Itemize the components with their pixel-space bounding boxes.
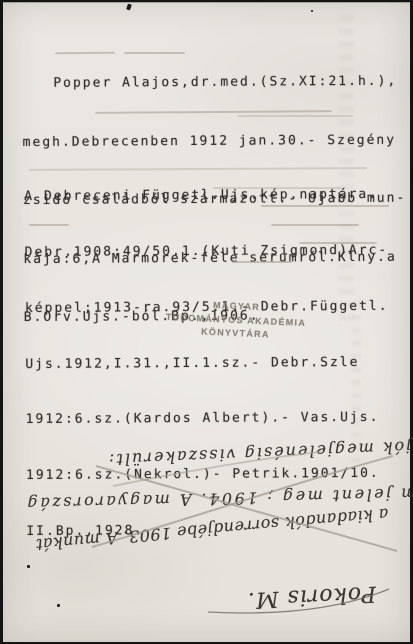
photo-background: Popper Alajos,dr.med.(Sz.XI:21.h.), megh…	[0, 0, 413, 644]
handwritten-signature-inverted: Pokoris M.	[246, 581, 376, 613]
pencil-underline	[232, 261, 292, 263]
bleed-through-marks	[339, 16, 354, 326]
library-stamp: MAGYAR TUDOMÁNYOS AKADÉMIA KÖNYVTÁRA	[135, 296, 337, 345]
pencil-underline	[261, 205, 389, 207]
catalog-card: Popper Alajos,dr.med.(Sz.XI:21.h.), megh…	[3, 2, 410, 642]
pencil-underline	[213, 187, 341, 189]
typed-line: 1912:6.sz.(Kardos Albert).- Vas.Ujs.	[26, 409, 390, 430]
dust-speck	[311, 10, 313, 12]
dust-speck	[126, 3, 132, 10]
dust-speck	[57, 604, 60, 607]
typed-line: A Debreceni Függetl.Ujs.kép.naptára.	[24, 186, 388, 207]
typed-line: Ujs.1912,I.31.,II.1.sz.- Debr.Szle	[25, 353, 389, 374]
dust-speck	[27, 565, 30, 568]
typed-line: 1912:6.sz.(Nekrol.)- Petrik.1901/10.	[26, 465, 390, 486]
bleed-through-marks	[352, 302, 361, 467]
pencil-underline	[124, 52, 185, 54]
pencil-underline	[29, 224, 69, 226]
pencil-underline	[238, 115, 353, 117]
typed-line: Debr.1908:49/50.1.(Kuti Zsigmond)Arc-	[25, 242, 389, 263]
pencil-underline	[299, 242, 377, 244]
